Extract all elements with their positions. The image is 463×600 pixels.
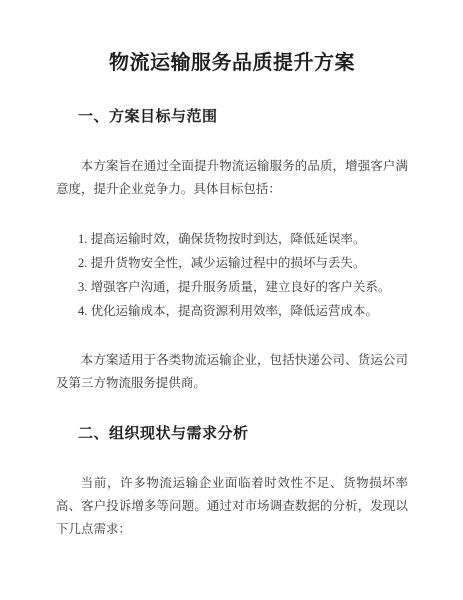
goal-item-2: 2. 提升货物安全性，减少运输过程中的损坏与丢失。 bbox=[78, 251, 408, 275]
goal-list: 1. 提高运输时效，确保货物按时到达，降低延误率。 2. 提升货物安全性，减少运… bbox=[56, 227, 408, 323]
section-2-heading: 二、组织现状与需求分析 bbox=[78, 422, 408, 446]
document-title: 物流运输服务品质提升方案 bbox=[56, 48, 408, 78]
document-page: 物流运输服务品质提升方案 一、方案目标与范围 本方案旨在通过全面提升物流运输服务… bbox=[0, 0, 463, 600]
section-2-intro-paragraph: 当前，许多物流运输企业面临着时效性不足、货物损坏率高、客户投诉增多等问题。通过对… bbox=[56, 472, 408, 541]
goal-item-1: 1. 提高运输时效，确保货物按时到达，降低延误率。 bbox=[78, 227, 408, 251]
goal-item-3: 3. 增强客户沟通，提升服务质量，建立良好的客户关系。 bbox=[78, 275, 408, 299]
section-1-scope-paragraph: 本方案适用于各类物流运输企业，包括快递公司、货运公司及第三方物流服务提供商。 bbox=[56, 349, 408, 395]
goal-item-4: 4. 优化运输成本，提高资源利用效率，降低运营成本。 bbox=[78, 299, 408, 323]
section-1-intro-paragraph: 本方案旨在通过全面提升物流运输服务的品质，增强客户满意度，提升企业竞争力。具体目… bbox=[56, 155, 408, 201]
section-1-heading: 一、方案目标与范围 bbox=[78, 105, 408, 129]
